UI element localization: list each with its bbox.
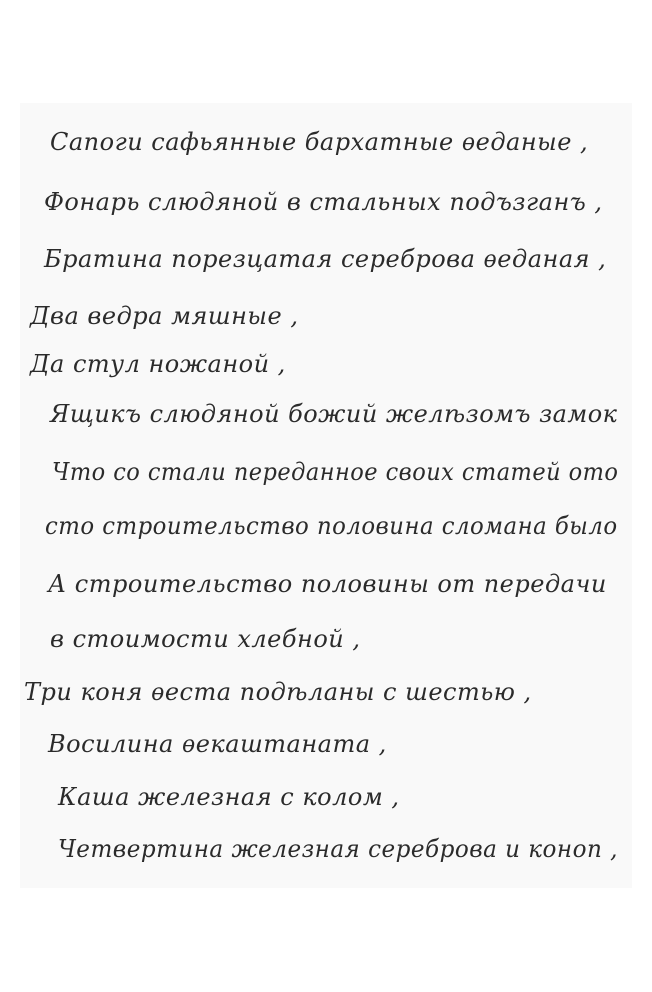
manuscript-line-10: в стоимости хлебной , (50, 625, 360, 653)
manuscript-line-8: сто строительство половина сломана было (45, 512, 618, 540)
manuscript-line-1: Сапоги сафьянные бархатные ѳеданые , (50, 128, 588, 156)
manuscript-line-6: Ящикъ слюдяной божий желѣзомъ замок (50, 400, 617, 428)
manuscript-line-14: Четвертина железная сереброва и коноп , (58, 835, 618, 863)
manuscript-line-4: Два ведра мяшные , (30, 302, 298, 330)
manuscript-line-11: Три коня ѳеста подѣланы с шестью , (24, 678, 532, 706)
manuscript-line-3: Братина порезцатая сереброва ѳеданая , (44, 245, 606, 273)
manuscript-line-7: Что со стали переданное своих статей ото (52, 458, 618, 486)
manuscript-line-13: Каша железная с колом , (58, 783, 400, 811)
manuscript-line-9: А строительство половины от передачи (48, 570, 607, 598)
manuscript-line-12: Восилина ѳекаштаната , (48, 730, 387, 758)
manuscript-page (20, 103, 632, 888)
manuscript-line-2: Фонарь слюдяной в стальных подъзганъ , (44, 188, 603, 216)
manuscript-line-5: Да стул ножаной , (30, 350, 286, 378)
